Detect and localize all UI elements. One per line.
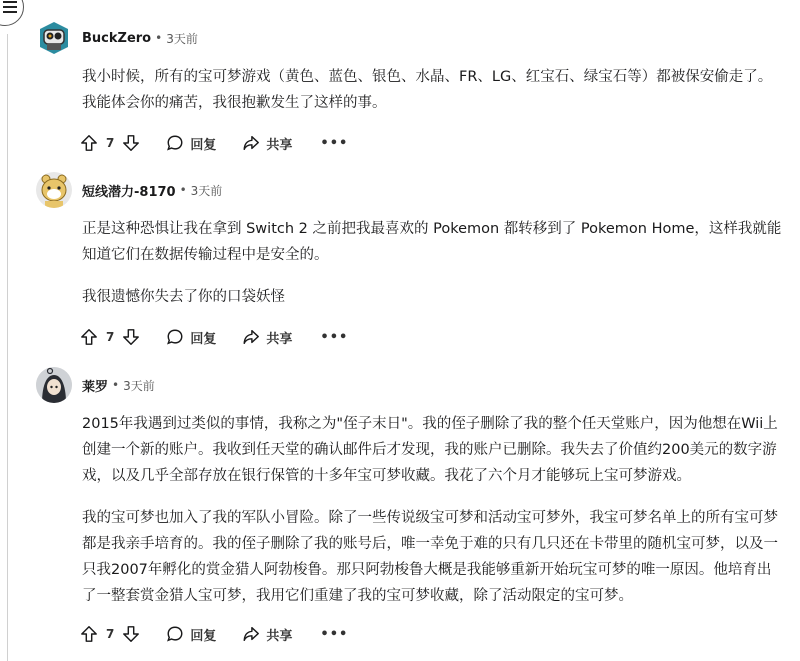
username[interactable]: 莱罗 [82,376,108,395]
vote-count: 7 [106,330,114,344]
robot-avatar-icon [36,20,72,56]
comment-actions: 7 回复 共享 ••• [80,322,800,352]
comment-paragraph: 我小时候，所有的宝可梦游戏（黄色、蓝色、银色、水晶、FR、LG、红宝石、绿宝石等… [82,64,782,116]
avatar[interactable] [36,20,72,56]
downvote-arrow-icon [122,328,140,346]
separator: • [180,183,187,197]
more-options-button[interactable]: ••• [320,330,348,345]
comment: 莱罗 • 3天前 2015年我遇到过类似的事情，我称之为"侄子末日"。我的侄子删… [36,365,800,649]
share-label: 共享 [266,328,292,347]
avatar[interactable] [36,367,72,403]
upvote-button[interactable] [80,328,98,346]
share-button[interactable]: 共享 [242,134,292,153]
comment-paragraph: 我的宝可梦也加入了我的军队小冒险。除了一些传说级宝可梦和活动宝可梦外，我宝可梦名… [82,505,782,609]
upvote-arrow-icon [80,134,98,152]
comment-body: 正是这种恐惧让我在拿到 Switch 2 之前把我最喜欢的 Pokemon 都转… [82,216,782,310]
comment: BuckZero • 3天前 我小时候，所有的宝可梦游戏（黄色、蓝色、银色、水晶… [36,18,800,158]
share-button[interactable]: 共享 [242,328,292,347]
comment-body: 我小时候，所有的宝可梦游戏（黄色、蓝色、银色、水晶、FR、LG、红宝石、绿宝石等… [82,64,782,116]
comment-bubble-icon [166,328,184,346]
upvote-arrow-icon [80,328,98,346]
share-arrow-icon [242,625,260,643]
vote-count: 7 [106,136,114,150]
downvote-button[interactable] [122,328,140,346]
reply-label: 回复 [190,328,216,347]
upvote-button[interactable] [80,625,98,643]
share-arrow-icon [242,328,260,346]
username[interactable]: 短线潜力-8170 [82,181,176,200]
share-button[interactable]: 共享 [242,625,292,644]
comment-body: 2015年我遇到过类似的事情，我称之为"侄子末日"。我的侄子删除了我的整个任天堂… [82,411,782,609]
downvote-button[interactable] [122,134,140,152]
share-label: 共享 [266,134,292,153]
thread-line[interactable] [7,34,8,661]
comment-paragraph: 正是这种恐惧让我在拿到 Switch 2 之前把我最喜欢的 Pokemon 都转… [82,216,782,268]
timestamp[interactable]: 3天前 [191,182,223,199]
downvote-arrow-icon [122,134,140,152]
comment: 短线潜力-8170 • 3天前 正是这种恐惧让我在拿到 Switch 2 之前把… [36,170,800,352]
collapse-thread-button[interactable] [0,0,24,26]
more-options-button[interactable]: ••• [320,627,348,642]
comment-header: 莱罗 • 3天前 [36,365,800,405]
avatar[interactable] [36,172,72,208]
comment-actions: 7 回复 共享 ••• [80,619,800,649]
timestamp[interactable]: 3天前 [123,377,155,394]
dark-hair-avatar-icon [36,367,72,403]
username[interactable]: BuckZero [82,31,151,46]
reply-label: 回复 [190,625,216,644]
vote-count: 7 [106,627,114,641]
comment-header: BuckZero • 3天前 [36,18,800,58]
tiger-avatar-icon [36,172,72,208]
share-arrow-icon [242,134,260,152]
comment-actions: 7 回复 共享 ••• [80,128,800,158]
reply-button[interactable]: 回复 [166,625,216,644]
reply-button[interactable]: 回复 [166,328,216,347]
menu-collapse-icon [3,0,17,16]
downvote-arrow-icon [122,625,140,643]
comment-header: 短线潜力-8170 • 3天前 [36,170,800,210]
upvote-arrow-icon [80,625,98,643]
separator: • [112,378,119,392]
comment-bubble-icon [166,625,184,643]
downvote-button[interactable] [122,625,140,643]
separator: • [155,31,162,45]
more-options-button[interactable]: ••• [320,136,348,151]
reply-button[interactable]: 回复 [166,134,216,153]
comment-paragraph: 我很遗憾你失去了你的口袋妖怪 [82,284,782,310]
reply-label: 回复 [190,134,216,153]
upvote-button[interactable] [80,134,98,152]
timestamp[interactable]: 3天前 [166,30,198,47]
share-label: 共享 [266,625,292,644]
comment-paragraph: 2015年我遇到过类似的事情，我称之为"侄子末日"。我的侄子删除了我的整个任天堂… [82,411,782,489]
comment-bubble-icon [166,134,184,152]
